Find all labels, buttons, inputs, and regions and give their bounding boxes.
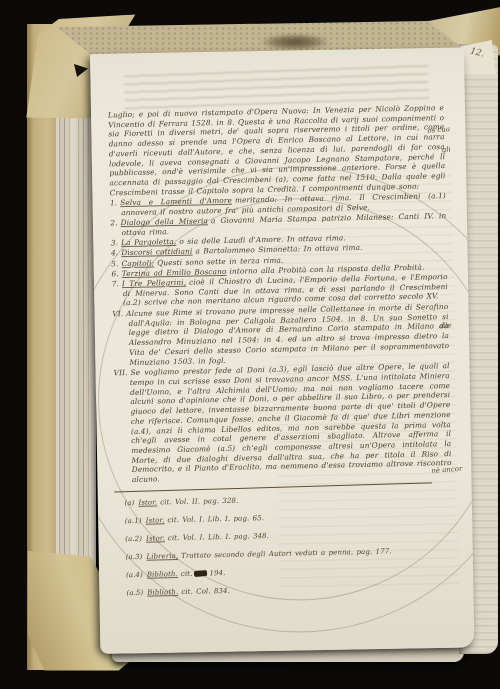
section-vi: VI.Alcune sue Rime si trovano pure impre… — [112, 302, 449, 368]
item-title: La Pargoletta, — [121, 237, 176, 247]
footnote-lead: Istor. — [146, 534, 165, 542]
footnote-5: (a.4)Biblioth.cit.194. — [126, 564, 454, 580]
footnote-text: Trattato secondo degli Autori veduti a p… — [181, 547, 392, 560]
item-title: Discorsi cottidiani — [121, 247, 192, 258]
item-number: 1. — [110, 199, 117, 208]
footnote-label: (a.2) — [125, 535, 142, 543]
footnote-text: cit. Vol. II. pag. 328. — [160, 496, 238, 506]
footnote-lead: Istor. — [146, 516, 165, 524]
margin-note-3: alle — [439, 321, 452, 330]
footnote-2: (a.1)Istor.cit. Vol. I. Lib. I. pag. 65. — [125, 510, 453, 526]
footnote-lead: Libreria, — [146, 552, 178, 561]
footnote-lead: Biblioth. — [147, 588, 178, 597]
margin-note-2: gli — [441, 145, 451, 154]
footnote-6: (a.5)Biblioth.cit. Col. 834. — [126, 582, 454, 598]
ink-blot — [194, 570, 207, 577]
item-number: 4. — [111, 249, 118, 258]
item-number: 5. — [111, 259, 118, 268]
manuscript-text-block: Luglio; e poi di nuovo ristampato d'Oper… — [108, 103, 455, 607]
item-title: Capitoli: — [121, 258, 154, 268]
footnote-label: (a.5) — [126, 588, 143, 596]
footnote-label: (a) — [124, 499, 134, 507]
manuscript-page: Luglio; e poi di nuovo ristampato d'Oper… — [90, 47, 474, 653]
intro-paragraph: Luglio; e poi di nuovo ristampato d'Oper… — [108, 103, 446, 198]
item-title: Dialogo della Miseria — [121, 217, 209, 228]
section-number: VII. — [114, 368, 128, 377]
head-edge-stain — [262, 34, 328, 50]
footnote-label: (a.3) — [126, 553, 143, 561]
ink-bleedthrough-top — [124, 64, 429, 109]
footnote-lead: Biblioth. — [147, 570, 178, 579]
footnote-4: (a.3)Libreria,Trattato secondo degli Aut… — [126, 546, 454, 562]
footnote-label: (a.1) — [125, 517, 142, 525]
section-number: VI. — [112, 309, 123, 318]
item-number: 7. — [112, 279, 119, 288]
footnote-1: (a)Istor.cit. Vol. II. pag. 328. — [124, 492, 452, 508]
footnote-text: cit. — [181, 569, 193, 577]
item-number: 3. — [111, 238, 118, 247]
item-number: 2. — [110, 218, 117, 227]
item-title: I Tre Pellegrini, — [122, 278, 186, 288]
photo-stage: 12. Luglio; e poi di nuovo ristampato d'… — [0, 0, 500, 689]
footnote-label: (a.4) — [126, 570, 143, 578]
item-number: 6. — [111, 269, 118, 278]
footnote-text: cit. Vol. I. Lib. I. pag. 348. — [168, 532, 269, 542]
section-text: Alcune sue Rime si trovano pure impresse… — [126, 302, 449, 366]
footnote-3: (a.2)Istor.cit. Vol. I. Lib. I. pag. 348… — [125, 528, 453, 544]
section-text: Se vogliamo prestar fede al Doni (a.3), … — [130, 361, 452, 484]
footnote-text-after-blot: 194. — [209, 569, 225, 577]
footnote-lead: Istor. — [138, 498, 157, 506]
section-vii: VII.Se vogliamo prestar fede al Doni (a.… — [114, 361, 452, 485]
footnote-text: cit. Vol. I. Lib. I. pag. 65. — [167, 514, 264, 524]
footnote-text: cit. Col. 834. — [181, 587, 230, 596]
margin-note-1: os cua — [427, 125, 450, 135]
